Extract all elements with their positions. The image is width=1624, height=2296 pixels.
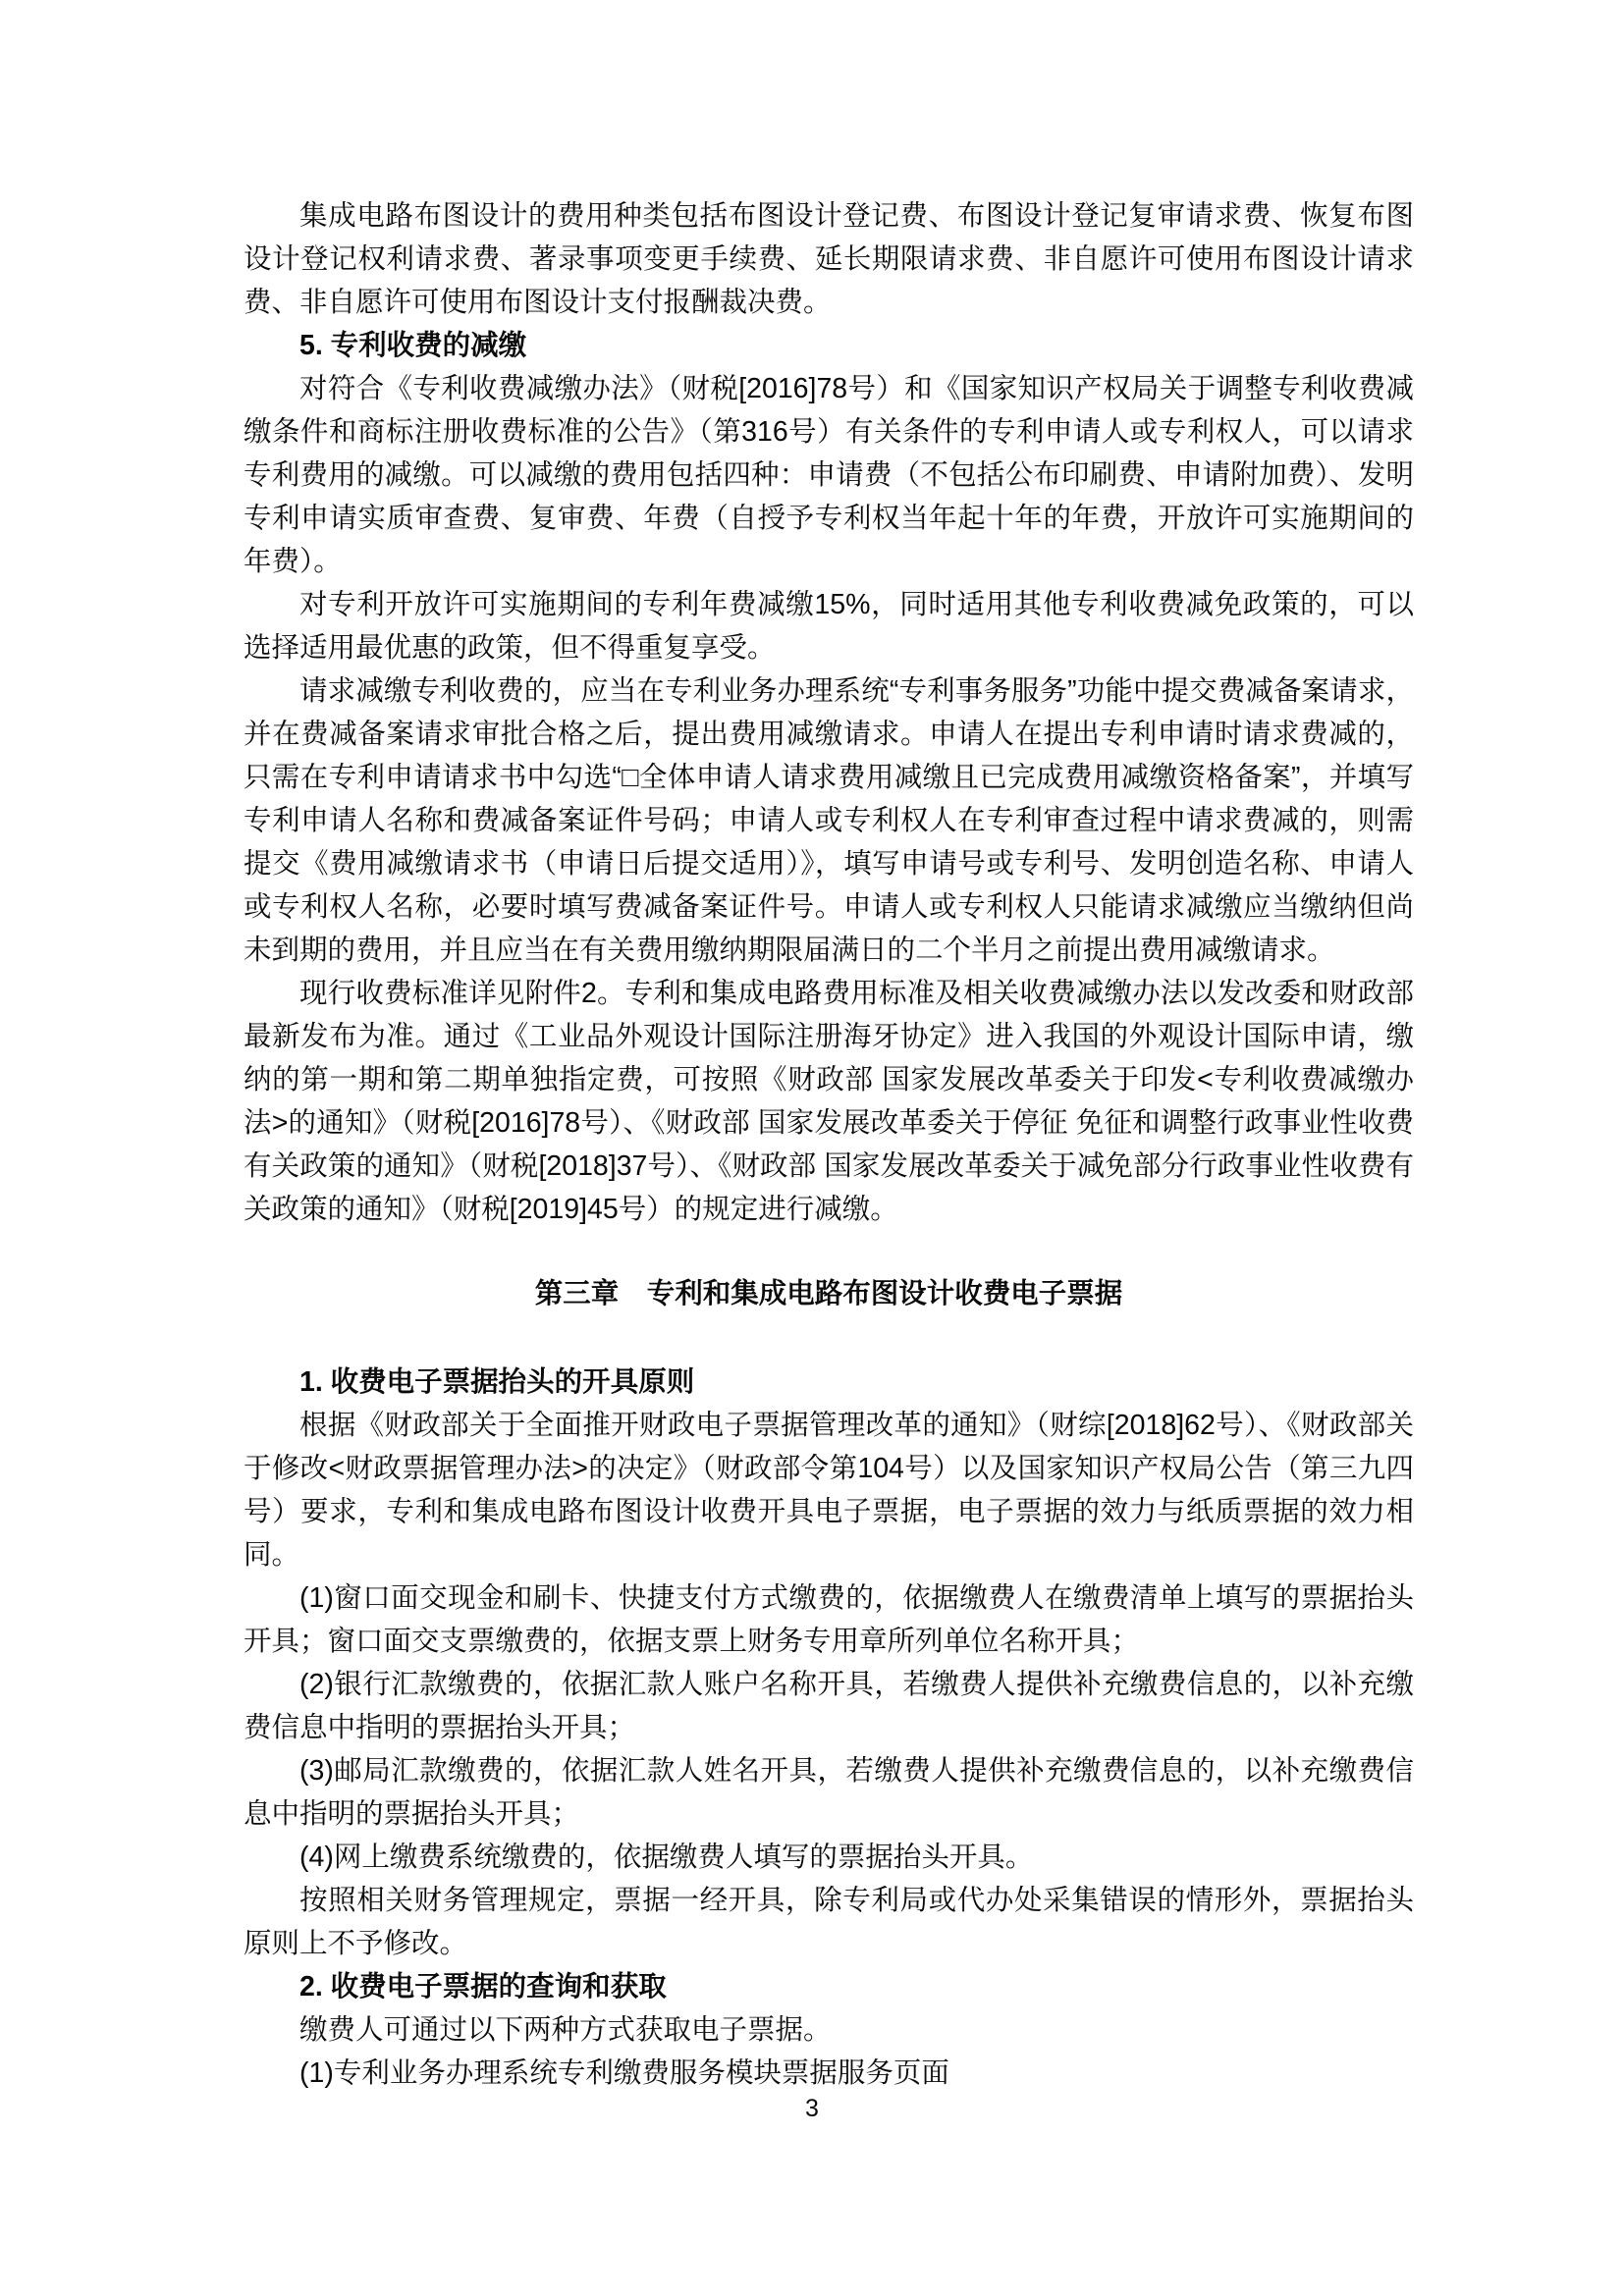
body-paragraph: 请求减缴专利收费的，应当在专利业务办理系统“专利事务服务”功能中提交费减备案请求… xyxy=(244,669,1414,972)
section-heading: 2. 收费电子票据的查询和获取 xyxy=(244,1965,1414,2008)
body-paragraph: 按照相关财务管理规定，票据一经开具，除专利局或代办处采集错误的情形外，票据抬头原… xyxy=(244,1879,1414,1965)
body-paragraph: 对符合《专利收费减缴办法》（财税[2016]78号）和《国家知识产权局关于调整专… xyxy=(244,367,1414,583)
body-paragraph: (1)窗口面交现金和刷卡、快捷支付方式缴费的，依据缴费人在缴费清单上填写的票据抬… xyxy=(244,1576,1414,1663)
section-heading: 1. 收费电子票据抬头的开具原则 xyxy=(244,1361,1414,1404)
section-heading: 5. 专利收费的减缴 xyxy=(244,324,1414,367)
body-paragraph: 对专利开放许可实施期间的专利年费减缴15%，同时适用其他专利收费减免政策的，可以… xyxy=(244,583,1414,669)
body-paragraph: 根据《财政部关于全面推开财政电子票据管理改革的通知》（财综[2018]62号）、… xyxy=(244,1404,1414,1576)
document-body: 集成电路布图设计的费用种类包括布图设计登记费、布图设计登记复审请求费、恢复布图设… xyxy=(244,194,1414,2095)
body-paragraph: 现行收费标准详见附件2。专利和集成电路费用标准及相关收费减缴办法以发改委和财政部… xyxy=(244,972,1414,1231)
page-number: 3 xyxy=(0,2089,1624,2128)
body-paragraph: 缴费人可通过以下两种方式获取电子票据。 xyxy=(244,2008,1414,2052)
document-page: 集成电路布图设计的费用种类包括布图设计登记费、布图设计登记复审请求费、恢复布图设… xyxy=(0,0,1624,2296)
body-paragraph: (2)银行汇款缴费的，依据汇款人账户名称开具，若缴费人提供补充缴费信息的，以补充… xyxy=(244,1663,1414,1749)
chapter-heading: 第三章 专利和集成电路布图设计收费电子票据 xyxy=(244,1272,1414,1315)
body-paragraph: (4)网上缴费系统缴费的，依据缴费人填写的票据抬头开具。 xyxy=(244,1836,1414,1879)
body-paragraph: (3)邮局汇款缴费的，依据汇款人姓名开具，若缴费人提供补充缴费信息的，以补充缴费… xyxy=(244,1749,1414,1836)
body-paragraph: 集成电路布图设计的费用种类包括布图设计登记费、布图设计登记复审请求费、恢复布图设… xyxy=(244,194,1414,324)
